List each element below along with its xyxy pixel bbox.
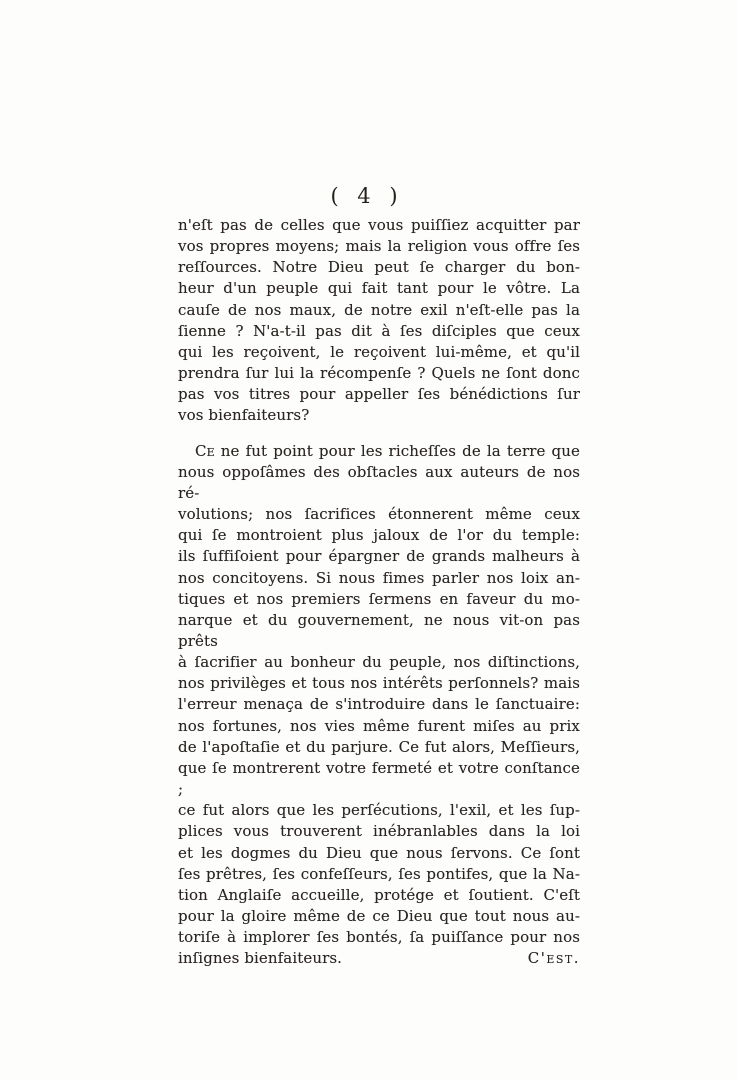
text-line: plices vous trouverent inébranlables dan… — [178, 821, 580, 842]
text-line: tiques et nos premiers ſermens en faveur… — [178, 589, 580, 610]
text-line: cauſe de nos maux, de notre exil n'eſt-e… — [178, 300, 580, 321]
text-line: reſſources. Notre Dieu peut ſe charger d… — [178, 257, 580, 278]
text-line: vos bienfaiteurs? — [178, 405, 580, 426]
text-line: qui ſe montroient plus jaloux de l'or du… — [178, 525, 580, 546]
page-body: n'eſt pas de celles que vous puiſſiez ac… — [178, 215, 580, 969]
text-line: inſignes bienfaiteurs.C'est. — [178, 948, 580, 969]
text-line: volutions; nos ſacrifices étonnerent mêm… — [178, 504, 580, 525]
text-line: heur d'un peuple qui fait tant pour le v… — [178, 278, 580, 299]
text-line: prendra ſur lui la récompenſe ? Quels ne… — [178, 363, 580, 384]
scanned-book-page: ( 4 ) n'eſt pas de celles que vous puiſſ… — [0, 0, 737, 1080]
text-line: nos fortunes, nos vies même furent miſes… — [178, 716, 580, 737]
text-line: et les dogmes du Dieu que nous ſervons. … — [178, 843, 580, 864]
page-number-header: ( 4 ) — [166, 184, 568, 208]
text-line: de l'apoſtaſie et du parjure. Ce fut alo… — [178, 737, 580, 758]
text-line: à ſacrifier au bonheur du peuple, nos di… — [178, 652, 580, 673]
text-line: ſienne ? N'a-t-il pas dit à ſes diſciple… — [178, 321, 580, 342]
text-line: Ce ne fut point pour les richeſſes de la… — [178, 441, 580, 462]
text-line: l'erreur menaça de s'introduire dans le … — [178, 694, 580, 715]
text-line: nos concitoyens. Si nous fimes parler no… — [178, 568, 580, 589]
text-line: pour la gloire même de ce Dieu que tout … — [178, 906, 580, 927]
text-line: qui les reçoivent, le reçoivent lui-même… — [178, 342, 580, 363]
text-line: pas vos titres pour appeller ſes bénédic… — [178, 384, 580, 405]
text-line: nos privilèges et tous nos intérêts perſ… — [178, 673, 580, 694]
text-line: que ſe montrerent votre fermeté et votre… — [178, 758, 580, 800]
small-caps-word: Ce — [195, 442, 215, 460]
text-line: toriſe à implorer ſes bontés, ſa puiſſan… — [178, 927, 580, 948]
paragraph: Ce ne fut point pour les richeſſes de la… — [178, 441, 580, 970]
text-line: n'eſt pas de celles que vous puiſſiez ac… — [178, 215, 580, 236]
text-line: nous oppoſâmes des obſtacles aux auteurs… — [178, 462, 580, 504]
text-line: vos propres moyens; mais la religion vou… — [178, 236, 580, 257]
text-line: narque et du gouvernement, ne nous vit-o… — [178, 610, 580, 652]
text-line: ſes prêtres, ſes confeſſeurs, ſes pontif… — [178, 864, 580, 885]
text-line: ils ſuffiſoient pour épargner de grands … — [178, 546, 580, 567]
catchword: C'est. — [528, 948, 580, 969]
text-line: ce fut alors que les perſécutions, l'exi… — [178, 800, 580, 821]
text-line: tion Anglaiſe accueille, protége et ſout… — [178, 885, 580, 906]
text-block: ( 4 ) n'eſt pas de celles que vous puiſſ… — [178, 184, 580, 969]
paragraph: n'eſt pas de celles que vous puiſſiez ac… — [178, 215, 580, 427]
text-line-end: inſignes bienfaiteurs. — [178, 948, 342, 969]
